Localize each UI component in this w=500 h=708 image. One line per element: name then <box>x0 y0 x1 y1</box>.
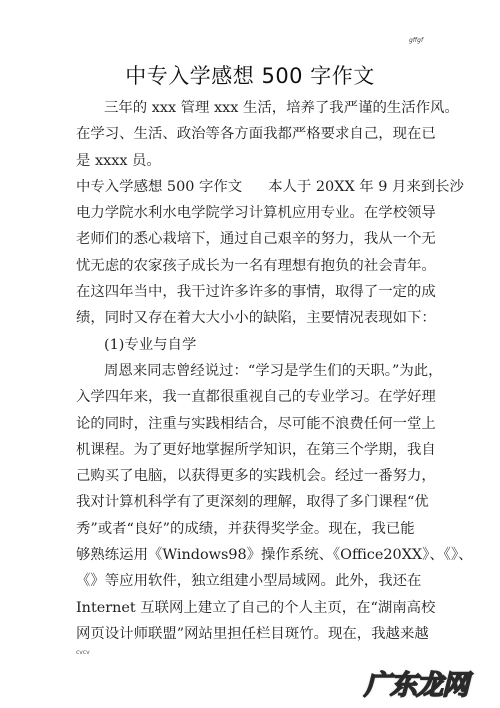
text-line: 中专入学感想 500 字作文本人于 20XX 年 9 月来到长沙 <box>76 174 416 200</box>
text-line: 网页设计师联盟”网站里担任栏目斑竹。现在，我越来越 <box>76 621 416 647</box>
header-mark: gffgf <box>409 37 423 44</box>
footer-mark: cvcv <box>76 649 90 656</box>
text-line: 电力学院水利水电学院学习计算机应用专业。在学校领导 <box>76 200 416 226</box>
text-line: 三年的 xxx 管理 xxx 生活，培养了我严谨的生活作风。 <box>76 95 416 121</box>
text-line: 己购买了电脑，以获得更多的实践机会。经过一番努力， <box>76 463 416 489</box>
text-span: 本人于 20XX 年 9 月来到长沙 <box>268 179 464 195</box>
text-line: 周恩来同志曾经说过：“学习是学生们的天职。”为此， <box>76 358 416 384</box>
text-line: 入学四年来，我一直都很重视自己的专业学习。在学好理 <box>76 384 416 410</box>
essay-heading-inline: 中专入学感想 500 字作文 <box>76 179 242 195</box>
text-line: 绩，同时又存在着大大小小的缺陷，主要情况表现如下： <box>76 305 416 331</box>
page-title: 中专入学感想 500 字作文 <box>0 60 500 90</box>
text-line: 老师们的悉心栽培下，通过自己艰辛的努力，我从一个无 <box>76 226 416 252</box>
text-line: 在学习、生活、政治等各方面我都严格要求自己，现在已 <box>76 121 416 147</box>
text-line: 在这四年当中，我干过许多许多的事情，取得了一定的成 <box>76 279 416 305</box>
text-line: 忧无虑的农家孩子成长为一名有理想有抱负的社会青年。 <box>76 253 416 279</box>
text-line: Internet 互联网上建立了自己的个人主页，在“湖南高校 <box>76 595 416 621</box>
text-line: 是 xxxx 员。 <box>76 148 416 174</box>
text-line: 秀”或者“良好”的成绩，并获得奖学金。现在，我已能 <box>76 516 416 542</box>
text-line: 《》等应用软件，独立组建小型局域网。此外，我还在 <box>76 568 416 594</box>
site-watermark-logo: 广东龙网 <box>364 663 468 702</box>
section-heading: (1)专业与自学 <box>76 332 416 358</box>
text-line: 论的同时，注重与实践相结合，尽可能不浪费任何一堂上 <box>76 411 416 437</box>
text-line: 够熟练运用《Windows98》操作系统、《Office20XX》、《》、 <box>76 542 416 568</box>
document-page: gffgf 中专入学感想 500 字作文 三年的 xxx 管理 xxx 生活，培… <box>0 0 500 708</box>
essay-body: 三年的 xxx 管理 xxx 生活，培养了我严谨的生活作风。 在学习、生活、政治… <box>76 95 416 647</box>
text-line: 我对计算机科学有了更深刻的理解，取得了多门课程“优 <box>76 489 416 515</box>
text-line: 机课程。为了更好地掌握所学知识，在第三个学期，我自 <box>76 437 416 463</box>
